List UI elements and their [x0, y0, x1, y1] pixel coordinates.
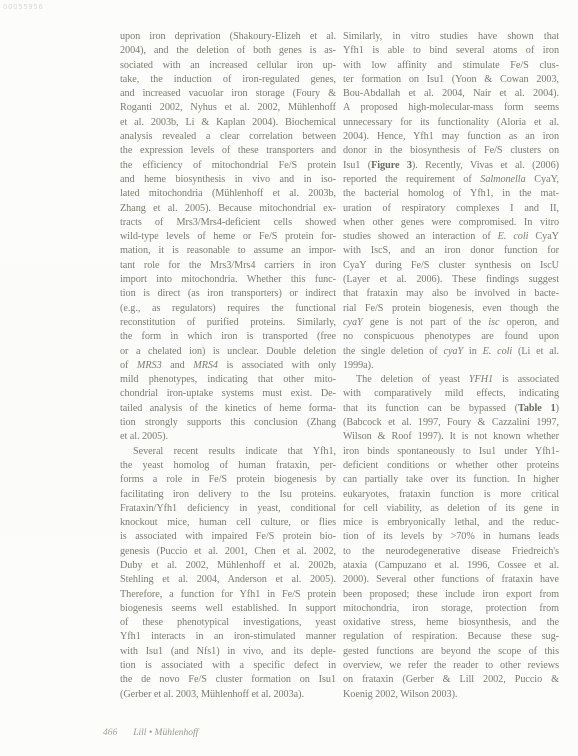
page-number: 466 — [103, 727, 117, 739]
text-line: Therefore, a function for Yfh1 in Fe/S p… — [120, 588, 336, 602]
text-line: the yeast homolog of human frataxin, per… — [120, 459, 336, 473]
text-line: (Babcock et al. 1997, Foury & Cazzalini … — [343, 416, 559, 430]
text-column-left: upon iron deprivation (Shakoury-Elizeh e… — [120, 30, 336, 702]
text-line: overview, we refer the reader to other r… — [343, 659, 559, 673]
text-line: Stehling et al. 2004, Anderson et al. 20… — [120, 573, 336, 587]
text-line: rial Fe/S protein biogenesis, even thoug… — [343, 302, 559, 316]
text-line: that its function can be bypassed (Table… — [343, 402, 559, 416]
text-line: the single deletion of cyaY in E. coli (… — [343, 345, 559, 359]
text-line: reconstitution of purified proteins. Sim… — [120, 316, 336, 330]
text-line: on frataxin (Gerber & Lill 2002, Puccio … — [343, 673, 559, 687]
text-line: Frataxin/Yfh1 deficiency in yeast, condi… — [120, 502, 336, 516]
text-line: (e.g., as regulators) requires the funct… — [120, 302, 336, 316]
text-line: sociated with an increased cellular iron… — [120, 59, 336, 73]
text-line: the expression levels of these transport… — [120, 144, 336, 158]
text-line: wild-type levels of heme or Fe/S protein… — [120, 230, 336, 244]
text-column-right: Similarly, in vitro studies have shown t… — [343, 30, 559, 702]
text-line: for cell viability, as deletion of its g… — [343, 502, 559, 516]
text-line: tailed analysis of the kinetics of heme … — [120, 402, 336, 416]
text-line: mitochondria, iron storage, protection f… — [343, 602, 559, 616]
text-line: knockout mice, human cell culture, or fl… — [120, 516, 336, 530]
text-line: Isu1 (Figure 3). Recently, Vivas et al. … — [343, 159, 559, 173]
text-line: uration of respiratory complexes I and I… — [343, 202, 559, 216]
text-line: of these phenotypical investigations, ye… — [120, 616, 336, 630]
text-line: Roganti 2002, Nyhus et al. 2002, Mühlenh… — [120, 101, 336, 115]
text-line: regulation of respiration. Because these… — [343, 630, 559, 644]
text-line: and heme biosynthesis in vivo and in iso… — [120, 173, 336, 187]
text-line: no conspicuous phenotypes are found upon — [343, 330, 559, 344]
text-line: tion of its levels by >70% in humans lea… — [343, 530, 559, 544]
text-line: or a chelated ion) is unclear. Double de… — [120, 345, 336, 359]
text-line: with comparatively mild effects, indicat… — [343, 387, 559, 401]
text-line: tion is direct (as iron transporters) or… — [120, 287, 336, 301]
text-line: CyaY during Fe/S cluster synthesis on Is… — [343, 259, 559, 273]
text-line: when other genes were compromised. In vi… — [343, 216, 559, 230]
text-line: the form in which iron is transported (f… — [120, 330, 336, 344]
text-line: analysis revealed a clear correlation be… — [120, 130, 336, 144]
text-line: mice is embryonically lethal, and the re… — [343, 516, 559, 530]
text-line: import into mitochondria. Whether this f… — [120, 273, 336, 287]
text-line: upon iron deprivation (Shakoury-Elizeh e… — [120, 30, 336, 44]
text-line: lated mitochondria (Mühlenhoff et al. 20… — [120, 187, 336, 201]
scan-artifact-number: 00055956 — [3, 3, 43, 11]
text-line: 2004). Hence, Yfh1 may function as an ir… — [343, 130, 559, 144]
text-line: et al. 2005). — [120, 430, 336, 444]
text-line: donor in the biosynthesis of Fe/S cluste… — [343, 144, 559, 158]
text-line: Bou-Abdallah et al. 2004, Nair et al. 20… — [343, 87, 559, 101]
text-line: to the neurodegenerative disease Friedre… — [343, 545, 559, 559]
text-line: gested functions are beyond the scope of… — [343, 645, 559, 659]
text-line: genesis (Puccio et al. 2001, Chen et al.… — [120, 545, 336, 559]
text-line: tion strongly supports this conclusion (… — [120, 416, 336, 430]
text-line: Yfh1 interacts in an iron-stimulated man… — [120, 630, 336, 644]
text-line: the de novo Fe/S cluster formation on Is… — [120, 673, 336, 687]
text-line: take, the induction of iron-regulated ge… — [120, 73, 336, 87]
text-line: studies showed an interaction of E. coli… — [343, 230, 559, 244]
text-line: tant role for the Mrs3/Mrs4 carriers in … — [120, 259, 336, 273]
text-line: deficient conditions or whether other pr… — [343, 459, 559, 473]
text-line: of MRS3 and MRS4 is associated with only — [120, 359, 336, 373]
page-footer: 466Lill • Mühlenhoff — [103, 727, 198, 739]
text-line: chondrial iron-uptake systems must exist… — [120, 387, 336, 401]
text-line: (Gerber et al. 2003, Mühlenhoff et al. 2… — [120, 688, 336, 702]
text-line: Duby et al. 2002, Mühlenhoff et al. 2002… — [120, 559, 336, 573]
text-line: with low affinity and stimulate Fe/S clu… — [343, 59, 559, 73]
text-line: The deletion of yeast YFH1 is associated — [343, 373, 559, 387]
text-line: Similarly, in vitro studies have shown t… — [343, 30, 559, 44]
text-line: is associated with impaired Fe/S protein… — [120, 530, 336, 544]
text-line: Wilson & Roof 1997). It is not known whe… — [343, 430, 559, 444]
text-line: ter formation on Isu1 (Yoon & Cowan 2003… — [343, 73, 559, 87]
text-line: 1999a). — [343, 359, 559, 373]
text-line: Koenig 2002, Wilson 2003). — [343, 688, 559, 702]
text-line: been proposed; these include iron export… — [343, 588, 559, 602]
text-line: ataxia (Campuzano et al. 1996, Cossee et… — [343, 559, 559, 573]
text-line: reported the requirement of Salmonella C… — [343, 173, 559, 187]
text-line: with Isu1 (and Nfs1) in vivo, and its de… — [120, 645, 336, 659]
text-line: the efficiency of mitochondrial Fe/S pro… — [120, 159, 336, 173]
text-line: that frataxin may also be involved in ba… — [343, 287, 559, 301]
text-line: the bacterial homolog of Yfh1, in the ma… — [343, 187, 559, 201]
text-line: (Layer et al. 2006). These findings sugg… — [343, 273, 559, 287]
text-line: iron binds spontaneously to Isu1 under Y… — [343, 445, 559, 459]
running-title: Lill • Mühlenhoff — [133, 728, 198, 738]
text-line: biogenesis seems well established. In su… — [120, 602, 336, 616]
text-line: facilitating iron delivery to the Isu pr… — [120, 488, 336, 502]
text-line: Yfh1 is able to bind several atoms of ir… — [343, 44, 559, 58]
text-line: tracts of Mrs3/Mrs4-deficient cells show… — [120, 216, 336, 230]
text-line: forms a role in Fe/S protein biogenesis … — [120, 473, 336, 487]
text-line: with IscS, and an iron donor function fo… — [343, 244, 559, 258]
text-line: 2004), and the deletion of both genes is… — [120, 44, 336, 58]
text-line: and increased vacuolar iron storage (Fou… — [120, 87, 336, 101]
text-line: unnecessary for its functionality (Alori… — [343, 116, 559, 130]
text-line: tion is associated with a specific defec… — [120, 659, 336, 673]
text-line: et al. 2003b, Li & Kaplan 2004). Biochem… — [120, 116, 336, 130]
text-line: mation, it is reasonable to assume an im… — [120, 244, 336, 258]
text-line: Zhang et al. 2005). Because mitochondria… — [120, 202, 336, 216]
text-line: oxidative stress, heme biosynthesis, and… — [343, 616, 559, 630]
scanned-page: 00055956 upon iron deprivation (Shakoury… — [0, 0, 578, 756]
text-line: mild phenotypes, indicating that other m… — [120, 373, 336, 387]
text-line: cyaY gene is not part of the isc operon,… — [343, 316, 559, 330]
text-line: Several recent results indicate that Yfh… — [120, 445, 336, 459]
text-line: can partially take over its function. In… — [343, 473, 559, 487]
text-line: 2000). Several other functions of fratax… — [343, 573, 559, 587]
text-line: A proposed high-molecular-mass form seem… — [343, 101, 559, 115]
text-line: eukaryotes, frataxin function is more cr… — [343, 488, 559, 502]
